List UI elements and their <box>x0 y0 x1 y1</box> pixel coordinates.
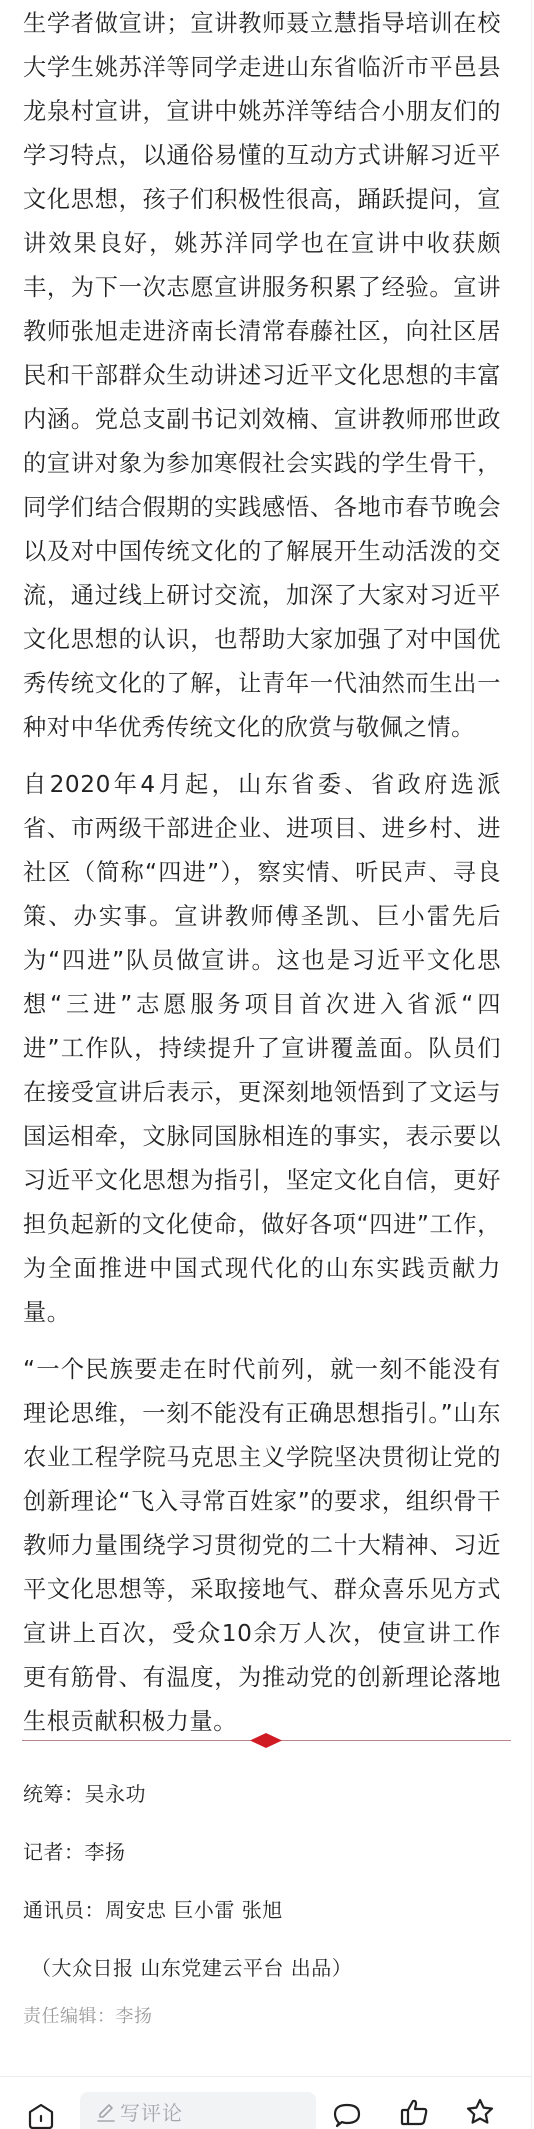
article-body: 生学者做宣讲；宣讲教师聂立慧指导培训在校大学生姚苏洋等同学走进山东省临沂市平邑县… <box>23 2 501 1757</box>
article-page: 生学者做宣讲；宣讲教师聂立慧指导培训在校大学生姚苏洋等同学走进山东省临沂市平邑县… <box>0 0 532 2129</box>
article-paragraph: 生学者做宣讲；宣讲教师聂立慧指导培训在校大学生姚苏洋等同学走进山东省临沂市平邑县… <box>23 2 501 750</box>
credit-editor: 责任编辑：李扬 <box>23 2004 503 2030</box>
article-credits: 统筹：吴永功 记者：李扬 通讯员：周安忠 巨小雷 张旭 （大众日报 山东党建云平… <box>23 1780 503 2030</box>
home-button[interactable] <box>24 2099 58 2129</box>
article-paragraph: 自2020年4月起，山东省委、省政府选派省、市两级干部进企业、进项目、进乡村、进… <box>23 763 501 1335</box>
like-button[interactable] <box>397 2095 431 2129</box>
comment-placeholder: 写评论 <box>120 2100 183 2126</box>
article-paragraph: “一个民族要走在时代前列，就一刻不能没有理论思维，一刻不能没有正确思想指引。”山… <box>23 1348 501 1744</box>
credit-reporter: 记者：李扬 <box>23 1838 503 1866</box>
bottom-action-bar: 写评论 <box>0 2076 531 2129</box>
comment-bubble-icon <box>332 2099 362 2129</box>
home-icon <box>26 2101 56 2129</box>
credit-coordinator: 统筹：吴永功 <box>23 1780 503 1808</box>
star-icon <box>465 2097 495 2127</box>
favorite-button[interactable] <box>463 2095 497 2129</box>
comments-button[interactable] <box>330 2097 364 2129</box>
credit-publisher: （大众日报 山东党建云平台 出品） <box>31 1954 503 1982</box>
write-comment-input[interactable]: 写评论 <box>80 2092 316 2129</box>
credit-correspondents: 通讯员：周安忠 巨小雷 张旭 <box>23 1896 503 1924</box>
thumbs-up-icon <box>399 2097 429 2127</box>
pencil-icon <box>96 2102 116 2124</box>
